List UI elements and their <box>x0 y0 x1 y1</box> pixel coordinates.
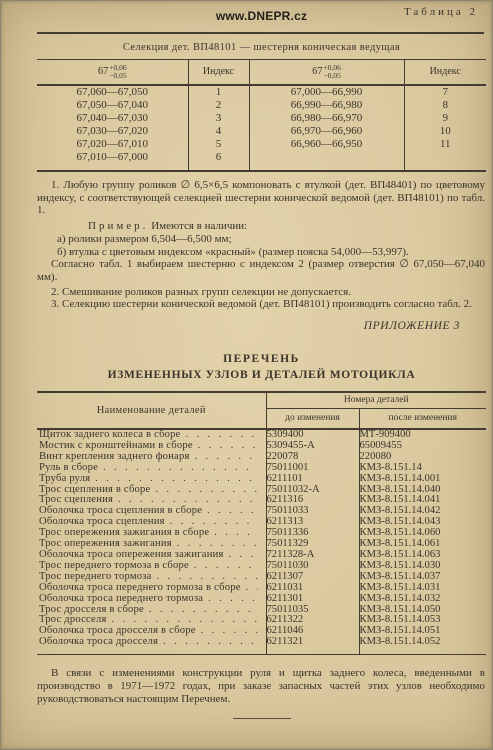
dot-leader <box>149 605 258 616</box>
list-title-line2: ИЗМЕНЕННЫХ УЗЛОВ И ДЕТАЛЕЙ МОТОЦИКЛА <box>37 369 486 381</box>
range-right-cell <box>249 151 404 171</box>
selection-table-header-row: 67+0,06−0,05 Индекс 67+0,06−0,05 Индекс <box>37 60 486 85</box>
range-right-cell: 66,980—66,970 <box>249 112 404 125</box>
dot-leader <box>208 594 257 605</box>
range-left-cell: 67,040—67,030 <box>37 112 188 125</box>
example-line: Пример. Имеются в наличии: <box>37 220 485 233</box>
index-left-cell: 6 <box>188 151 249 171</box>
selection-table: 67+0,06−0,05 Индекс 67+0,06−0,05 Индекс … <box>37 60 486 172</box>
dot-leader <box>198 441 258 452</box>
parts-table: Наименование деталей Номера деталей до и… <box>37 391 486 655</box>
part-name-cell: Оболочка троса переднего тормоза в сборе <box>37 583 266 594</box>
example-label: Пример. <box>88 220 148 232</box>
scanned-manual-page: www.DNEPR.cz Таблица 2 Селекция дет. ВП4… <box>0 0 493 750</box>
part-name-cell: Труба руля <box>37 474 266 485</box>
selection-table-row: 67,050—67,040 2 66,990—66,980 8 <box>37 99 486 112</box>
part-number-after-cell: КМЗ-8.151.14.032 <box>359 594 486 605</box>
parts-table-row: Оболочка троса переднего тормоза в сборе… <box>37 583 486 594</box>
name-column-header: Наименование деталей <box>37 392 266 429</box>
part-number-before-cell: 6211321 <box>266 637 359 654</box>
example-item-a: а) ролики размером 6,504—6,500 мм; <box>37 233 485 246</box>
dot-leader <box>229 550 258 561</box>
dimension-header-left: 67+0,06−0,05 <box>37 60 188 85</box>
before-column-header: до изменения <box>266 409 359 430</box>
part-number-before-cell: 6211031 <box>266 583 359 594</box>
range-right-cell: 67,000—66,990 <box>249 85 404 99</box>
range-left-cell: 67,050—67,040 <box>37 99 188 112</box>
table-2-label: Таблица 2 <box>404 6 478 18</box>
range-right-cell: 66,960—66,950 <box>249 138 404 151</box>
note-1: 1. Любую группу роликов ∅ 6,5×6,5 компон… <box>37 179 485 217</box>
index-left-cell: 1 <box>188 85 249 99</box>
range-right-cell: 66,970—66,960 <box>249 125 404 138</box>
numbers-group-header: Номера деталей <box>266 392 486 409</box>
appendix-label: ПРИЛОЖЕНИЕ 3 <box>37 320 486 332</box>
range-right-cell: 66,990—66,980 <box>249 99 404 112</box>
notes-section: 1. Любую группу роликов ∅ 6,5×6,5 компон… <box>37 179 485 311</box>
index-right-cell: 8 <box>404 99 486 112</box>
dimension-header-right: 67+0,06−0,05 <box>249 60 404 85</box>
example-text: Имеются в наличии: <box>151 220 247 232</box>
list-title-line1: ПЕРЕЧЕНЬ <box>37 353 486 365</box>
range-left-cell: 67,020—67,010 <box>37 138 188 151</box>
selection-table-row: 67,030—67,020 4 66,970—66,960 10 <box>37 125 486 138</box>
end-divider <box>233 718 291 719</box>
part-name-cell: Оболочка троса переднего тормоза <box>37 594 266 605</box>
dimension-with-tolerance: 67+0,06−0,05 <box>312 64 341 79</box>
range-left-cell: 67,060—67,050 <box>37 85 188 99</box>
part-number-before-cell: 6211101 <box>266 474 359 485</box>
page-header: www.DNEPR.cz Таблица 2 <box>37 1 486 25</box>
parts-table-row: Оболочка троса дросселя 6211321 КМЗ-8.15… <box>37 637 486 654</box>
index-right-cell: 11 <box>404 138 486 151</box>
dot-leader <box>214 528 257 539</box>
selection-table-row: 67,020—67,010 5 66,960—66,950 11 <box>37 138 486 151</box>
dot-leader <box>103 463 257 474</box>
dot-leader <box>246 583 258 594</box>
dot-leader <box>195 452 258 463</box>
dot-leader <box>201 626 258 637</box>
part-number-before-cell: 6211301 <box>266 594 359 605</box>
index-right-cell: 10 <box>404 125 486 138</box>
selection-table-row: 67,060—67,050 1 67,000—66,990 7 <box>37 85 486 99</box>
part-name-cell: Оболочка троса дросселя <box>37 637 266 654</box>
index-left-cell: 5 <box>188 138 249 151</box>
parts-table-row: Труба руля 6211101 КМЗ-8.151.14.001 <box>37 474 486 485</box>
note-2: 2. Смешивание роликов разных групп селек… <box>37 286 485 299</box>
parts-table-header-row1: Наименование деталей Номера деталей <box>37 392 486 409</box>
part-number-after-cell: КМЗ-8.151.14.001 <box>359 474 486 485</box>
part-number-after-cell: КМЗ-8.151.14.031 <box>359 583 486 594</box>
index-header-left: Индекс <box>188 60 249 85</box>
range-left-cell: 67,030—67,020 <box>37 125 188 138</box>
index-header-right: Индекс <box>404 60 486 85</box>
index-right-cell: 7 <box>404 85 486 99</box>
example-item-b: б) втулка с цветовым индексом «красный» … <box>37 246 485 259</box>
after-column-header: после изменения <box>359 409 486 430</box>
selection-table-row: 67,040—67,030 3 66,980—66,970 9 <box>37 112 486 125</box>
selection-table-row: 67,010—67,000 6 <box>37 151 486 171</box>
dot-leader <box>207 506 257 517</box>
index-right-cell: 9 <box>404 112 486 125</box>
index-right-cell <box>404 151 486 171</box>
dot-leader <box>155 485 257 496</box>
part-number-after-cell: КМЗ-8.151.14.052 <box>359 637 486 654</box>
example-result: Согласно табл. 1 выбираем шестерню с инд… <box>37 258 485 283</box>
index-left-cell: 4 <box>188 125 249 138</box>
index-left-cell: 2 <box>188 99 249 112</box>
dot-leader <box>194 561 258 572</box>
selection-table-caption: Селекция дет. ВП48101 — шестерня коничес… <box>37 34 486 60</box>
index-left-cell: 3 <box>188 112 249 125</box>
dimension-with-tolerance: 67+0,06−0,05 <box>98 64 127 79</box>
dot-leader <box>163 637 257 648</box>
range-left-cell: 67,010—67,000 <box>37 151 188 171</box>
note-3: 3. Селекцию шестерни конической ведомой … <box>37 298 485 311</box>
dot-leader <box>186 430 258 441</box>
footer-note: В связи с изменениями конструкции руля и… <box>37 667 485 705</box>
dot-leader <box>95 474 257 485</box>
parts-table-row: Оболочка троса переднего тормоза 6211301… <box>37 594 486 605</box>
